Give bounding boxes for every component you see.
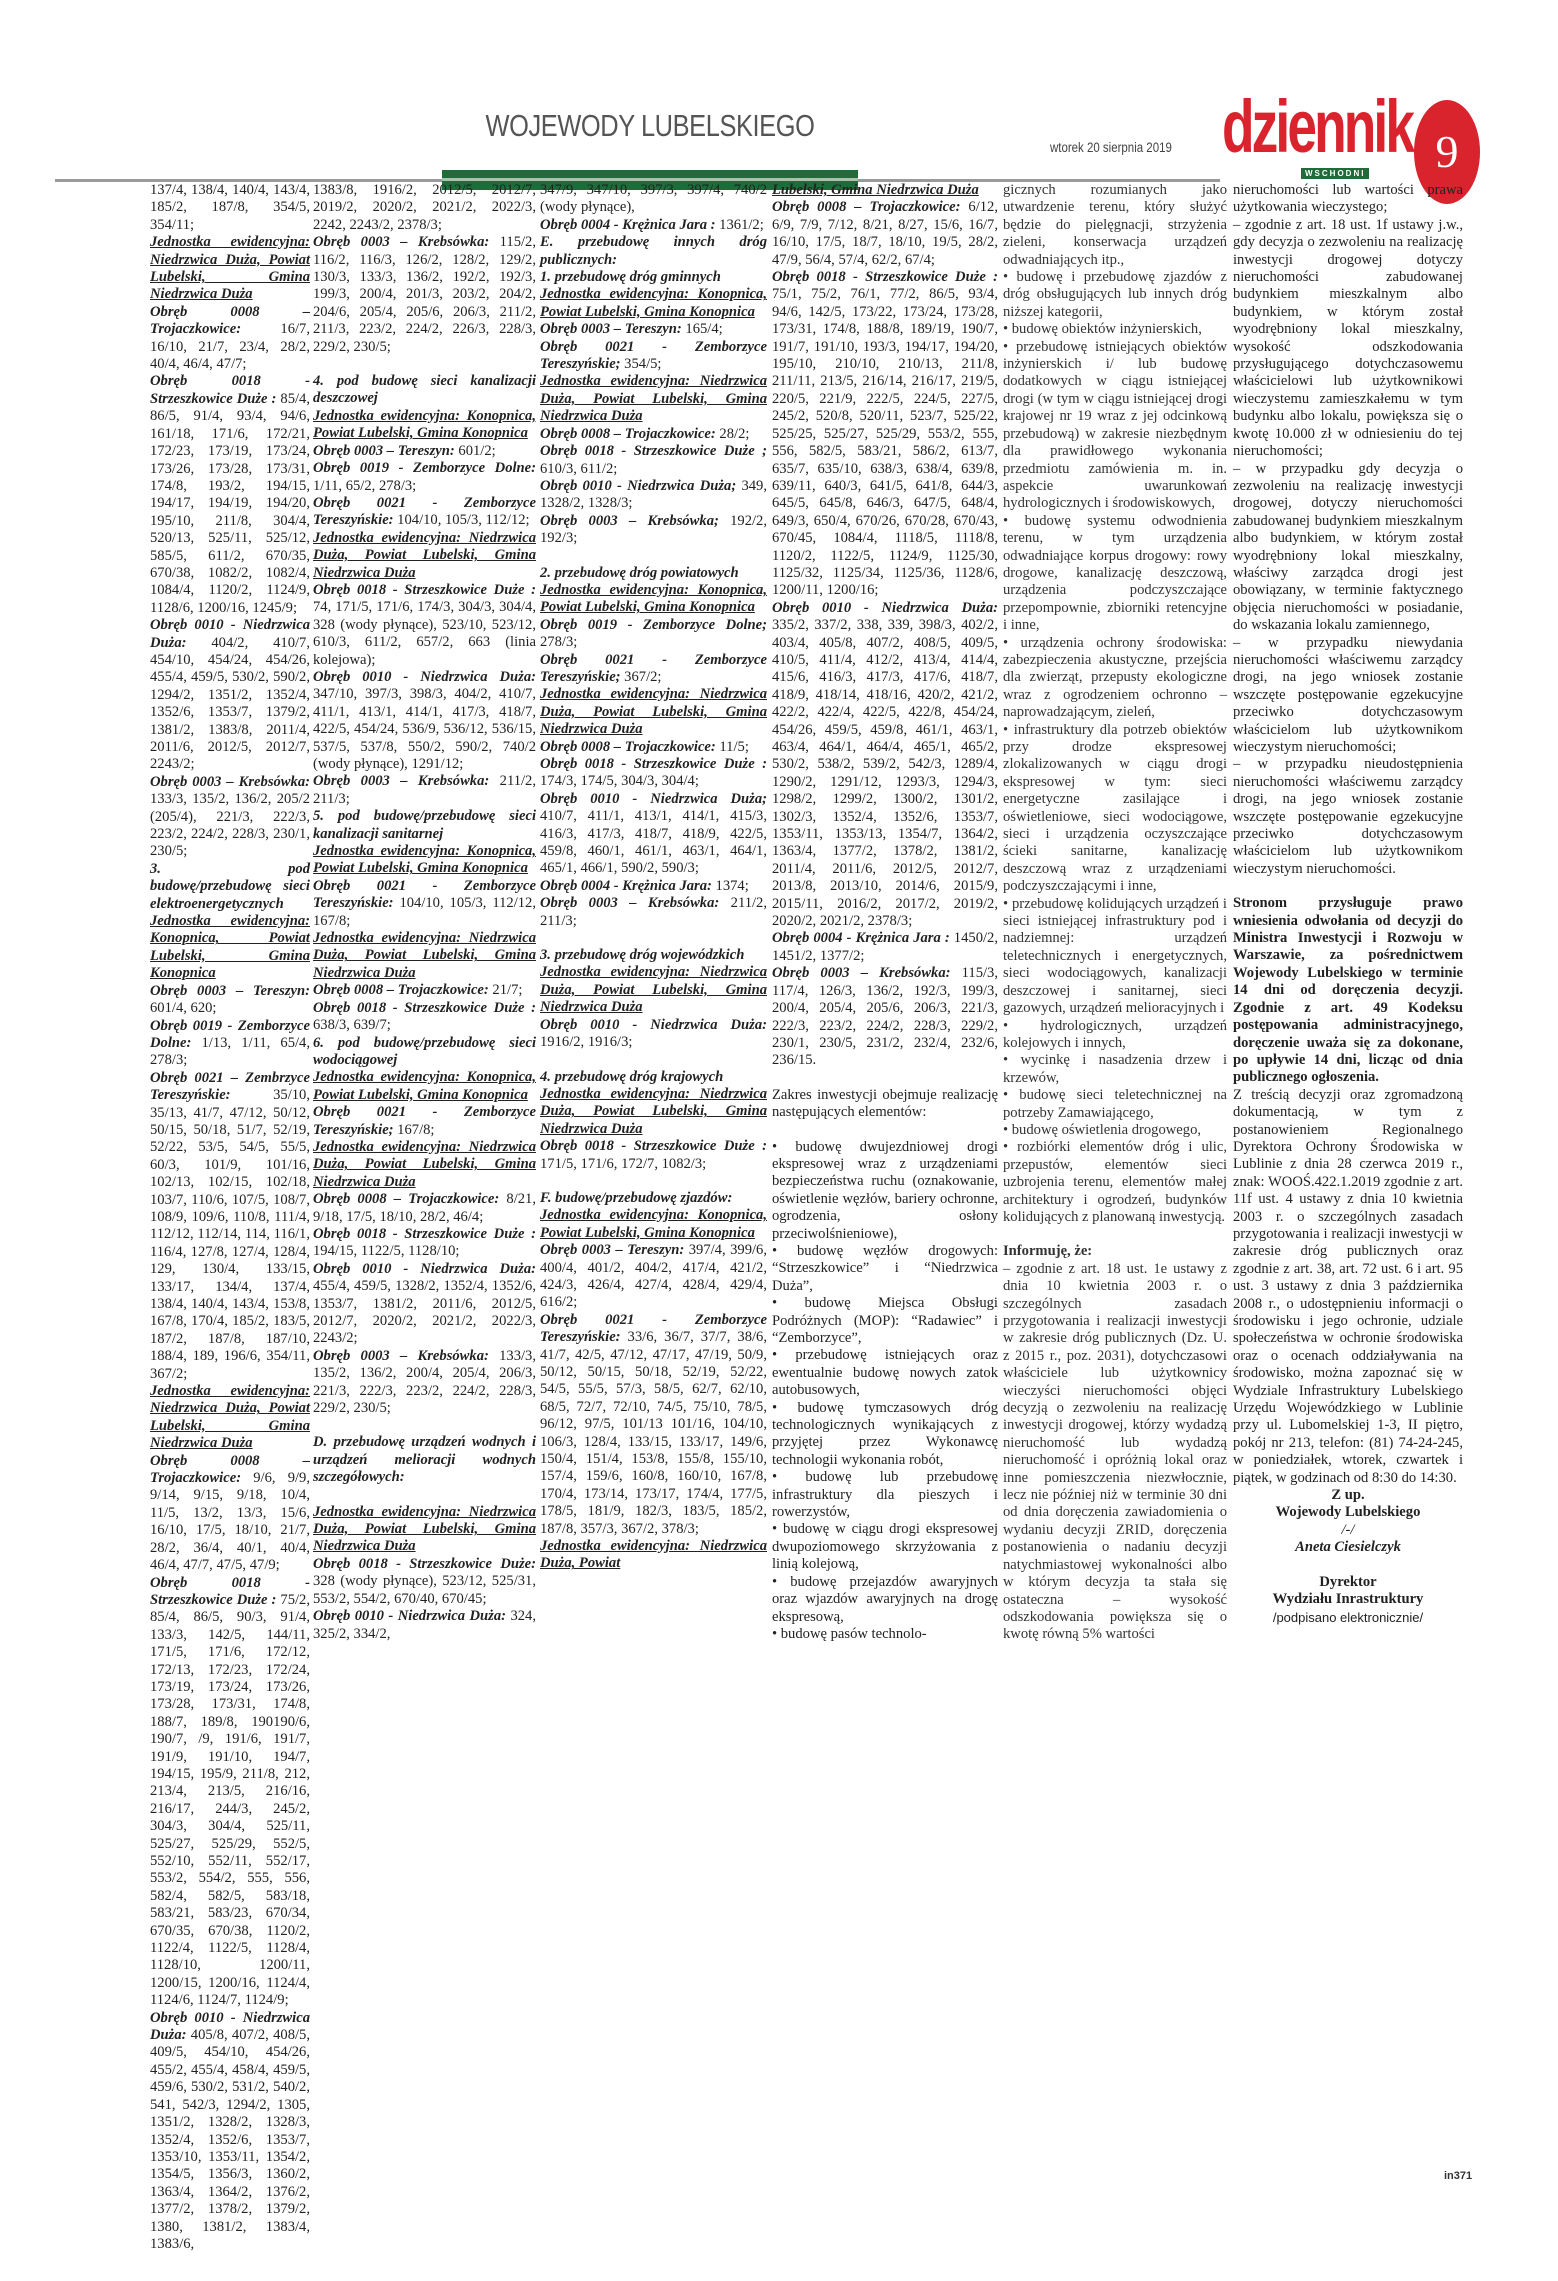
parcel-numbers: 404/2, 410/7, 454/10, 454/24, 454/26, 45… <box>150 635 310 773</box>
paragraph: • wycinkę i nasadzenia drzew i krzewów, <box>1003 1052 1227 1087</box>
cadastral-unit-heading: Jednostka ewidencyjna: Konopnica, Powiat… <box>540 582 767 617</box>
column-6: nieruchomości lub wartości prawa użytkow… <box>1233 182 1463 1626</box>
parcel-numbers: 171/5, 171/6, 172/7, 1082/3; <box>540 1156 706 1172</box>
parcel-list: Obręb 0018 - Strzeszkowice Duże : 638/3,… <box>313 1000 536 1035</box>
parcel-list: Obręb 0010 - Niedrzwica Duża; 410/7, 411… <box>540 791 767 878</box>
cadastral-unit-heading: Jednostka ewidencyjna: Niedrzwica Duża, … <box>540 1538 767 1573</box>
precinct-label: Obręb 0018 - Strzeszkowice Duże : <box>313 582 536 598</box>
paragraph-gap <box>540 1173 767 1190</box>
paragraph: • budowę dwujezdniowej drogi ekspresowej… <box>772 1139 998 1243</box>
section-heading: E. przebudowę innych dróg publicznych: <box>540 234 767 269</box>
paragraph-gap <box>1233 878 1463 895</box>
parcel-list: Obręb 0021 - Zemborzyce Tereszyńskie; 36… <box>540 652 767 687</box>
parcel-list: Obręb 0018 - Strzeszkowice Duże : 75/2, … <box>150 1575 310 2010</box>
precinct-label: Obręb 0008 – Trojaczkowice: <box>540 739 716 755</box>
column-6-body: nieruchomości lub wartości prawa użytkow… <box>1233 182 1463 1487</box>
precinct-label: Obręb 0010 - Niedrzwica Duża: <box>313 1261 536 1277</box>
paragraph: • przebudowę istniejących obiektów inżyn… <box>1003 339 1227 513</box>
parcel-numbers: 115/2, 116/2, 116/3, 126/2, 128/2, 129/2… <box>313 234 536 354</box>
logo-subtitle: WSCHODNI <box>1301 168 1369 179</box>
bold-paragraph: Informuję, że: <box>1003 1243 1227 1260</box>
parcel-list: Obręb 0003 – Tereszyn: 397/4, 399/6, 400… <box>540 1242 767 1312</box>
paragraph-gap <box>313 1487 536 1504</box>
parcel-list: Obręb 0003 – Krebsówka; 192/2, 192/3; <box>540 513 767 548</box>
paragraph: • infrastruktury dla potrzeb obiektów pr… <box>1003 722 1227 896</box>
paragraph-gap <box>1003 1226 1227 1243</box>
parcel-numbers: 347/10, 397/3, 398/3, 404/2, 410/7, 411/… <box>313 686 536 772</box>
signature-note: /podpisano elektronicznie/ <box>1233 1609 1463 1626</box>
parcel-list: Obręb 0010 - Niedrzwica Duża: 324, 325/2… <box>313 1608 536 1643</box>
cadastral-unit-heading: Jednostka ewidencyjna: Niedrzwica Duża, … <box>313 530 536 582</box>
precinct-label: Obręb 0003 – Tereszyn: <box>540 1242 684 1258</box>
column-4: Lubelski, Gmina Niedrzwica DużaObręb 000… <box>772 182 998 1643</box>
cadastral-unit-heading: Jednostka ewidencyjna: Konopnica, Powiat… <box>313 408 536 443</box>
precinct-label: Obręb 0003 – Tereszyn: <box>150 983 310 999</box>
paragraph-gap <box>772 1122 998 1139</box>
paragraph: • budowę węzłów drogowych: “Strzeszkowic… <box>772 1243 998 1295</box>
paragraph: • rozbiórki elementów dróg i ulic, przep… <box>1003 1139 1227 1226</box>
page-header: WOJEWODY LUBELSKIEGO wtorek 20 sierpnia … <box>0 0 1558 170</box>
precinct-label: Obręb 0018 - Strzeszkowice Duże : <box>313 1000 536 1016</box>
precinct-label: Obręb 0019 - Zemborzyce Dolne; <box>540 617 767 633</box>
parcel-list: Obręb 0021 - Zemborzyce Tereszyńskie: 33… <box>540 1312 767 1538</box>
parcel-numbers: 1/11, 65/2, 278/3; <box>313 478 416 494</box>
parcel-list: Obręb 0019 - Zemborzyce Dolne; 278/3; <box>540 617 767 652</box>
parcel-numbers: 405/8, 407/2, 408/5, 409/5, 454/10, 454/… <box>150 2027 310 2252</box>
parcel-numbers: 35/10, 35/13, 41/7, 47/12, 50/12, 50/15,… <box>150 1087 310 1382</box>
precinct-label: Obręb 0018 - Strzeszkowice Duże: <box>313 1556 536 1572</box>
precinct-label: Obręb 0003 – Krebsówka: <box>772 965 951 981</box>
parcel-list: Obręb 0003 – Krebsówka: 133/3, 135/2, 13… <box>150 774 310 861</box>
cadastral-unit-heading: Jednostka ewidencyjna: Konopnica, Powiat… <box>150 913 310 983</box>
bold-paragraph: Stronom przysługuje prawo wniesienia odw… <box>1233 895 1463 1086</box>
parcel-list: Obręb 0003 – Krebsówka: 211/2, 211/3; <box>540 895 767 930</box>
paragraph: 347/9, 347/10, 397/3, 397/4, 740/2 (wody… <box>540 182 767 217</box>
parcel-list: Obręb 0004 - Krężnica Jara: 1374; <box>540 878 767 895</box>
cadastral-unit-heading: Lubelski, Gmina Niedrzwica Duża <box>772 182 998 199</box>
cadastral-unit-heading: Jednostka ewidencyjna: Konopnica, Powiat… <box>540 286 767 321</box>
cadastral-unit-heading: Jednostka ewidencyjna: Konopnica, Powiat… <box>540 1207 767 1242</box>
logo-wordmark: dziennik <box>1222 90 1412 164</box>
precinct-label: Obręb 0010 - Niedrzwica Duża; <box>540 791 767 807</box>
cadastral-unit-heading: Jednostka ewidencyjna: Niedrzwica Duża, … <box>540 686 767 738</box>
section-title: WOJEWODY LUBELSKIEGO <box>478 108 822 144</box>
paragraph: Z treścią decyzji oraz zgromadzoną dokum… <box>1233 1087 1463 1487</box>
precinct-label: Obręb 0004 - Krężnica Jara: <box>540 878 712 894</box>
paragraph: • budowę Miejsca Obsługi Podróżnych (MOP… <box>772 1295 998 1347</box>
parcel-list: Obręb 0008 – Trojaczkowice: 16/7, 16/10,… <box>150 304 310 374</box>
precinct-label: Obręb 0003 – Krebsówka: <box>313 234 489 250</box>
parcel-list: Obręb 0003 – Tereszyn: 601/2; <box>313 443 536 460</box>
parcel-list: Obręb 0008 – Trojaczkowice: 8/21, 9/18, … <box>313 1191 536 1226</box>
parcel-list: Obręb 0018 - Strzeszkowice Duże : 174/3,… <box>540 756 767 791</box>
parcel-numbers: 1374; <box>712 878 749 894</box>
parcel-numbers: 133/3, 135/2, 136/2, 205/2 (205/4), 221/… <box>150 791 310 859</box>
paragraph-gap <box>313 356 536 373</box>
parcel-list: Obręb 0010 - Niedrzwica Duża: 405/8, 407… <box>150 2010 310 2254</box>
parcel-numbers: 601/4, 620; <box>150 1000 216 1016</box>
precinct-label: Obręb 0010 - Niedrzwica Duża: <box>313 669 536 685</box>
parcel-list: Obręb 0021 - Zemborzyce Tereszyńskie; 35… <box>540 339 767 374</box>
section-heading: 4. przebudowę dróg krajowych <box>540 1069 767 1086</box>
parcel-numbers: 85/4, 86/5, 91/4, 93/4, 94/6, 161/18, 17… <box>150 391 310 616</box>
paragraph: • budowę w ciągu drogi ekspresowej dwupo… <box>772 1521 998 1573</box>
paragraph: • przebudowę kolidujących urządzeń i sie… <box>1003 896 1227 1018</box>
section-heading: 3. pod budowę/przebudowę sieci elektroen… <box>150 861 310 913</box>
cadastral-unit-heading: Jednostka ewidencyjna: Konopnica, Powiat… <box>313 843 536 878</box>
parcel-numbers: 455/4, 459/5, 1328/2, 1352/4, 1352/6, 13… <box>313 1278 536 1346</box>
parcel-numbers: 11/5; <box>716 739 749 755</box>
precinct-label: Obręb 0003 – Krebsówka: <box>150 774 310 790</box>
parcel-numbers: 21/7; <box>489 982 523 998</box>
signatory-department: Wydziału Inrastruktury <box>1233 1591 1463 1608</box>
precinct-label: Obręb 0003 – Krebsówka; <box>540 513 719 529</box>
paragraph: • budowę i przebudowę zjazdów z dróg obs… <box>1003 269 1227 321</box>
parcel-numbers: 1916/2, 1916/3; <box>540 1034 632 1050</box>
parcel-list: Obręb 0003 – Tereszyn: 601/4, 620; <box>150 983 310 1018</box>
precinct-label: Obręb 0003 – Krebsówka: <box>313 1348 489 1364</box>
precinct-label: Obręb 0018 - Strzeszkowice Duże : <box>540 756 767 772</box>
parcel-numbers: 167/8; <box>394 1122 435 1138</box>
parcel-list: Obręb 0008 – Trojaczkowice: 28/2; <box>540 426 767 443</box>
parcel-list: Obręb 0010 - Niedrzwica Duża: 335/2, 337… <box>772 600 998 931</box>
parcel-list: Obręb 0018 - Strzeszkowice Duże : 85/4, … <box>150 373 310 617</box>
precinct-label: Obręb 0008 – Trojaczkowice: <box>313 1191 499 1207</box>
paragraph: • budowę oświetlenia drogowego, <box>1003 1122 1227 1139</box>
precinct-label: Obręb 0010 - Niedrzwica Duża; <box>540 478 736 494</box>
paragraph: • urządzenia ochrony środowiska: zabezpi… <box>1003 635 1227 722</box>
cadastral-unit-heading: Jednostka ewidencyjna: Niedrzwica Duża, … <box>540 373 767 425</box>
parcel-list: Obręb 0004 - Krężnica Jara : 1361/2; <box>540 217 767 234</box>
parcel-list: Obręb 0021 – Zembrzyce Tereszyńskie: 35/… <box>150 1070 310 1383</box>
parcel-numbers: 410/7, 411/1, 413/1, 414/1, 415/3, 416/3… <box>540 808 767 876</box>
paragraph: • budowę obiektów inżynierskich, <box>1003 321 1227 338</box>
parcel-numbers: 75/2, 85/4, 86/5, 90/3, 91/4, 133/3, 142… <box>150 1592 310 2008</box>
parcel-list: Obręb 0003 – Krebsówka: 211/2, 211/3; <box>313 773 536 808</box>
parcel-numbers: 165/4; <box>682 321 723 337</box>
parcel-list: Obręb 0003 – Krebsówka: 133/3, 135/2, 13… <box>313 1348 536 1418</box>
section-heading: 3. przebudowę dróg wojewódzkich <box>540 947 767 964</box>
paragraph: • budowę przejazdów awaryjnych oraz wjaz… <box>772 1574 998 1626</box>
parcel-list: Obręb 0003 – Krebsówka: 115/3, 117/4, 12… <box>772 965 998 1069</box>
parcel-numbers: 367/2; <box>621 669 662 685</box>
section-heading: 1. przebudowę dróg gminnych <box>540 269 767 286</box>
parcel-list: Obręb 0018 - Strzeszkowice Duże : 74, 17… <box>313 582 536 669</box>
parcel-list: Obręb 0010 - Niedrzwica Duża; 349, 1328/… <box>540 478 767 513</box>
parcel-list: Obręb 0003 – Krebsówka: 115/2, 116/2, 11… <box>313 234 536 356</box>
parcel-list: Obręb 0004 - Krężnica Jara : 1450/2, 145… <box>772 930 998 965</box>
parcel-numbers: 610/3, 611/2; <box>540 461 617 477</box>
parcel-list: Obręb 0010 - Niedrzwica Duża: 347/10, 39… <box>313 669 536 773</box>
column-1: 137/4, 138/4, 140/4, 143/4, 185/2, 187/8… <box>150 182 310 2253</box>
parcel-numbers: 104/10, 105/3, 112/12; <box>394 512 530 528</box>
parcel-numbers: 335/2, 337/2, 338, 339, 398/3, 402/2, 40… <box>772 617 998 929</box>
issue-date: wtorek 20 sierpnia 2019 <box>1050 140 1172 155</box>
section-heading: D. przebudowę urządzeń wodnych i urządze… <box>313 1434 536 1486</box>
signature-line: Z up. <box>1233 1487 1463 1504</box>
cadastral-unit-heading: Jednostka ewidencyjna: Niedrzwica Duża, … <box>540 964 767 1016</box>
parcel-numbers: 278/3; <box>540 634 577 650</box>
parcel-numbers: 638/3, 639/7; <box>313 1017 391 1033</box>
parcel-list: Obręb 0021 - Zemborzyce Tereszyńskie; 16… <box>313 1104 536 1139</box>
paragraph: – zgodnie z art. 18 ust. 1f ustawy j.w.,… <box>1233 217 1463 461</box>
precinct-label: Obręb 0003 – Krebsówka: <box>540 895 719 911</box>
parcel-numbers: 28/2; <box>716 426 750 442</box>
signature-block: Z up. Wojewody Lubelskiego /-/ Aneta Cie… <box>1233 1487 1463 1626</box>
parcel-list: Obręb 0008 – Trojaczkowice: 6/12, 6/9, 7… <box>772 199 998 269</box>
precinct-label: Obręb 0008 – Trojaczkowice: <box>313 982 489 998</box>
parcel-list: Obręb 0010 - Niedrzwica Duża: 404/2, 410… <box>150 617 310 774</box>
paragraph-gap <box>540 548 767 565</box>
parcel-list: Obręb 0010 - Niedrzwica Duża: 1916/2, 19… <box>540 1017 767 1052</box>
paragraph: • hydrologicznych, urządzeń kolejowych i… <box>1003 1018 1227 1053</box>
parcel-numbers: 1361/2; <box>716 217 764 233</box>
precinct-label: Obręb 0018 - Strzeszkowice Duże : <box>540 1138 767 1154</box>
precinct-label: Obręb 0008 – Trojaczkowice: <box>772 199 961 215</box>
parcel-numbers: 601/2; <box>455 443 496 459</box>
paragraph: nieruchomości lub wartości prawa użytkow… <box>1233 182 1463 217</box>
parcel-list: Obręb 0018 - Strzeszkowice Duże : 171/5,… <box>540 1138 767 1173</box>
paragraph-gap <box>540 1052 767 1069</box>
signatory-name: Aneta Ciesielczyk <box>1233 1539 1463 1556</box>
parcel-list: Obręb 0018 - Strzeszkowice Duże : 194/15… <box>313 1226 536 1261</box>
column-3: 347/9, 347/10, 397/3, 397/4, 740/2 (wody… <box>540 182 767 1573</box>
paragraph: 137/4, 138/4, 140/4, 143/4, 185/2, 187/8… <box>150 182 310 234</box>
cadastral-unit-heading: Jednostka ewidencyjna: Niedrzwica Duża, … <box>540 1086 767 1138</box>
section-heading: 4. pod budowę sieci kanalizacji deszczow… <box>313 373 536 408</box>
section-heading: 6. pod budowę/przebudowę sieci wodociągo… <box>313 1035 536 1070</box>
paragraph-gap <box>540 930 767 947</box>
precinct-label: Obręb 0003 – Tereszyn: <box>540 321 682 337</box>
parcel-numbers: 174/3, 174/5, 304/3, 304/4; <box>540 773 699 789</box>
paragraph: • przebudowę istniejących oraz ewentualn… <box>772 1347 998 1399</box>
cadastral-unit-heading: Jednostka ewidencyjna: Niedrzwica Duża, … <box>313 1504 536 1556</box>
precinct-label: Obręb 0010 - Niedrzwica Duża: <box>313 1608 506 1624</box>
parcel-numbers: 74, 171/5, 171/6, 174/3, 304/3, 304/4, 3… <box>313 599 536 667</box>
precinct-label: Obręb 0008 – Trojaczkowice: <box>540 426 716 442</box>
paragraph: • budowę lub przebudowę infrastruktury d… <box>772 1469 998 1521</box>
paragraph: Zakres inwestycji obejmuje realizację na… <box>772 1087 998 1122</box>
cadastral-unit-heading: Jednostka ewidencyjna: Niedrzwica Duża, … <box>313 1139 536 1191</box>
cadastral-unit-heading: Jednostka ewidencyjna: Niedrzwica Duża, … <box>313 930 536 982</box>
paragraph: – w przypadku gdy decyzja o zezwoleniu n… <box>1233 461 1463 635</box>
parcel-numbers: 75/1, 75/2, 76/1, 77/2, 86/5, 93/4, 94/6… <box>772 286 998 598</box>
parcel-list: Obręb 0010 - Niedrzwica Duża: 455/4, 459… <box>313 1261 536 1348</box>
paragraph: 1383/8, 1916/2, 2012/5, 2012/7, 2019/2, … <box>313 182 536 234</box>
paragraph: – w przypadku nieudostępnienia nieruchom… <box>1233 756 1463 878</box>
parcel-list: Obręb 0003 – Tereszyn: 165/4; <box>540 321 767 338</box>
parcel-numbers: 194/15, 1122/5, 1128/10; <box>313 1243 459 1259</box>
parcel-list: Obręb 0008 – Trojaczkowice: 11/5; <box>540 739 767 756</box>
parcel-numbers: 354/5; <box>621 356 662 372</box>
parcel-list: Obręb 0008 – Trojaczkowice: 21/7; <box>313 982 536 999</box>
parcel-list: Obręb 0019 - Zemborzyce Dolne: 1/11, 65/… <box>313 460 536 495</box>
precinct-label: Obręb 0004 - Krężnica Jara : <box>772 930 950 946</box>
paragraph-gap <box>313 1417 536 1434</box>
cadastral-unit-heading: Jednostka ewidencyjna: Niedrzwica Duża, … <box>150 234 310 304</box>
precinct-label: Obręb 0003 – Krebsówka: <box>313 773 489 789</box>
signatory-title: Dyrektor <box>1233 1574 1463 1591</box>
paragraph: • budowę sieci teletechnicznej na potrze… <box>1003 1087 1227 1122</box>
parcel-numbers: 328 (wody płynące), 523/12, 525/31, 553/… <box>313 1573 536 1606</box>
precinct-label: Obręb 0018 - Strzeszkowice Duże : <box>313 1226 536 1242</box>
precinct-label: Obręb 0010 - Niedrzwica Duża: <box>540 1017 767 1033</box>
column-5: gicznych rozumianych jako utwardzenie te… <box>1003 182 1227 1644</box>
cadastral-unit-heading: Jednostka ewidencyjna: Niedrzwica Duża, … <box>150 1383 310 1453</box>
parcel-list: Obręb 0018 - Strzeszkowice Duże: 328 (wo… <box>313 1556 536 1608</box>
paragraph-gap <box>772 1070 998 1087</box>
parcel-list: Obręb 0018 - Strzeszkowice Duże ; 610/3,… <box>540 443 767 478</box>
signature-mark: /-/ <box>1233 1522 1463 1539</box>
paragraph: • budowę systemu odwodnienia terenu, w t… <box>1003 513 1227 635</box>
cadastral-unit-heading: Jednostka ewidencyjna: Konopnica, Powiat… <box>313 1069 536 1104</box>
precinct-label: Obręb 0003 – Tereszyn: <box>313 443 455 459</box>
precinct-label: Obręb 0018 - Strzeszkowice Duże : <box>772 269 998 285</box>
precinct-label: Obręb 0019 - Zemborzyce Dolne: <box>313 460 536 476</box>
parcel-list: Obręb 0018 - Strzeszkowice Duże : 75/1, … <box>772 269 998 600</box>
signature-authority: Wojewody Lubelskiego <box>1233 1504 1463 1521</box>
column-2: 1383/8, 1916/2, 2012/5, 2012/7, 2019/2, … <box>313 182 536 1643</box>
parcel-list: Obręb 0021 - Zemborzyce Tereszyńskie: 10… <box>313 495 536 530</box>
paragraph: – zgodnie z art. 18 ust. 1e ustawy z dni… <box>1003 1261 1227 1644</box>
parcel-list: Obręb 0021 - Zemborzyce Tereszyńskie: 10… <box>313 878 536 930</box>
section-heading: 2. przebudowę dróg powiatowych <box>540 565 767 582</box>
parcel-list: Obręb 0008 – Trojaczkowice: 9/6, 9/9, 9/… <box>150 1453 310 1575</box>
section-heading: 5. pod budowę/przebudowę sieci kanalizac… <box>313 808 536 843</box>
paragraph: gicznych rozumianych jako utwardzenie te… <box>1003 182 1227 269</box>
precinct-label: Obręb 0004 - Krężnica Jara : <box>540 217 716 233</box>
precinct-label: Obręb 0018 - Strzeszkowice Duże ; <box>540 443 767 459</box>
paragraph: • budowę tymczasowych dróg technologiczn… <box>772 1400 998 1470</box>
parcel-numbers: 33/6, 36/7, 37/7, 38/6, 41/7, 42/5, 47/1… <box>540 1329 767 1536</box>
parcel-list: Obręb 0019 - Zemborzyce Dolne: 1/13, 1/1… <box>150 1018 310 1070</box>
ad-code: in371 <box>1444 2170 1472 2182</box>
paragraph: – w przypadku niewydania nieruchomości w… <box>1233 635 1463 757</box>
precinct-label: Obręb 0010 - Niedrzwica Duża: <box>772 600 998 616</box>
paragraph: • budowę pasów technolo- <box>772 1626 998 1643</box>
section-heading: F. budowę/przebudowę zjazdów: <box>540 1190 767 1207</box>
